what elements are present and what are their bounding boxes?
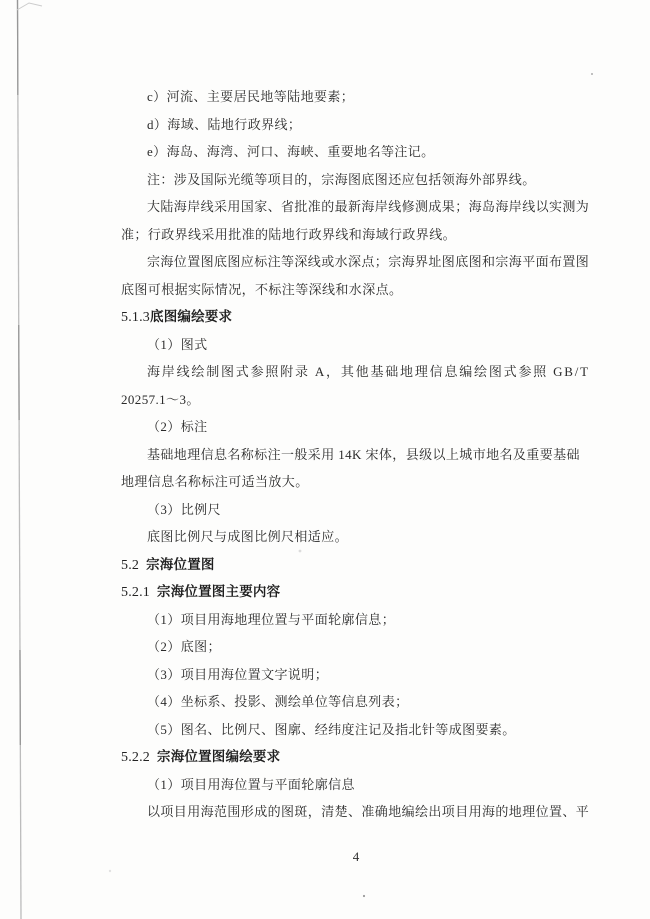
paragraph-bilichi: 底图比例尺与成图比例尺相适应。 [121,523,591,551]
section-title: 宗海位置图 [146,557,215,572]
paragraph-basemap-depth-line-2: 底图可根据实际情况，不标注等深线和水深点。 [121,276,591,304]
list-item-tushi: （1）图式 [121,331,591,359]
page-number: 4 [121,849,591,864]
paragraph-coastline-line-1: 大陆海岸线采用国家、省批准的最新海岸线修测成果；海岛海岸线以实测为 [121,193,591,221]
section-heading-5-2-2: 5.2.2宗海位置图编绘要求 [121,743,591,771]
list-item-1-requirements: （1）项目用海位置与平面轮廓信息 [121,771,591,799]
list-item-biaozhu: （2）标注 [121,413,591,441]
list-item-2-contents: （2）底图； [121,633,591,661]
section-number: 5.2 [121,558,139,573]
section-number: 5.2.1 [121,585,150,600]
section-heading-5-1-3: 5.1.3底图编绘要求 [121,303,591,331]
section-heading-5-2-1: 5.2.1宗海位置图主要内容 [121,578,591,606]
paragraph-coastline-line-2: 准；行政界线采用批准的陆地行政界线和海域行政界线。 [121,221,591,249]
paragraph-tuban-line-1: 以项目用海范围形成的图斑，清楚、准确地编绘出项目用海的地理位置、平 [121,798,591,826]
list-item-c: c）河流、主要居民地等陆地要素； [121,83,591,111]
list-item-4-contents: （4）坐标系、投影、测绘单位等信息列表； [121,688,591,716]
section-title: 底图编绘要求 [150,309,232,324]
paragraph-tushi-line-1: 海岸线绘制图式参照附录 A，其他基础地理信息编绘图式参照 GB/T [121,358,591,386]
paragraph-basemap-depth-line-1: 宗海位置图底图应标注等深线或水深点；宗海界址图底图和宗海平面布置图 [121,248,591,276]
section-title: 宗海位置图编绘要求 [157,749,280,764]
paragraph-biaozhu-line-2: 地理信息名称标注可适当放大。 [121,468,591,496]
list-item-e: e）海岛、海湾、河口、海峡、重要地名等注记。 [121,138,591,166]
list-item-3-contents: （3）项目用海位置文字说明； [121,661,591,689]
paragraph-tushi-line-2: 20257.1～3。 [121,386,591,414]
section-heading-5-2: 5.2宗海位置图 [121,551,591,579]
list-item-1-contents: （1）项目用海地理位置与平面轮廓信息； [121,606,591,634]
list-item-bilichi: （3）比例尺 [121,496,591,524]
note-line: 注：涉及国际光缆等项目的，宗海图底图还应包括领海外部界线。 [121,166,591,194]
document-body: c）河流、主要居民地等陆地要素； d）海域、陆地行政界线； e）海岛、海湾、河口… [121,83,591,826]
paragraph-biaozhu-line-1: 基础地理信息名称标注一般采用 14K 宋体，县级以上城市地名及重要基础 [121,441,591,469]
list-item-5-contents: （5）图名、比例尺、图廓、经纬度注记及指北针等成图要素。 [121,716,591,744]
section-number: 5.2.2 [121,750,150,765]
list-item-d: d）海域、陆地行政界线； [121,111,591,139]
section-title: 宗海位置图主要内容 [157,584,280,599]
section-number: 5.1.3 [121,310,150,325]
scanned-document-page: c）河流、主要居民地等陆地要素； d）海域、陆地行政界线； e）海岛、海湾、河口… [0,0,650,919]
